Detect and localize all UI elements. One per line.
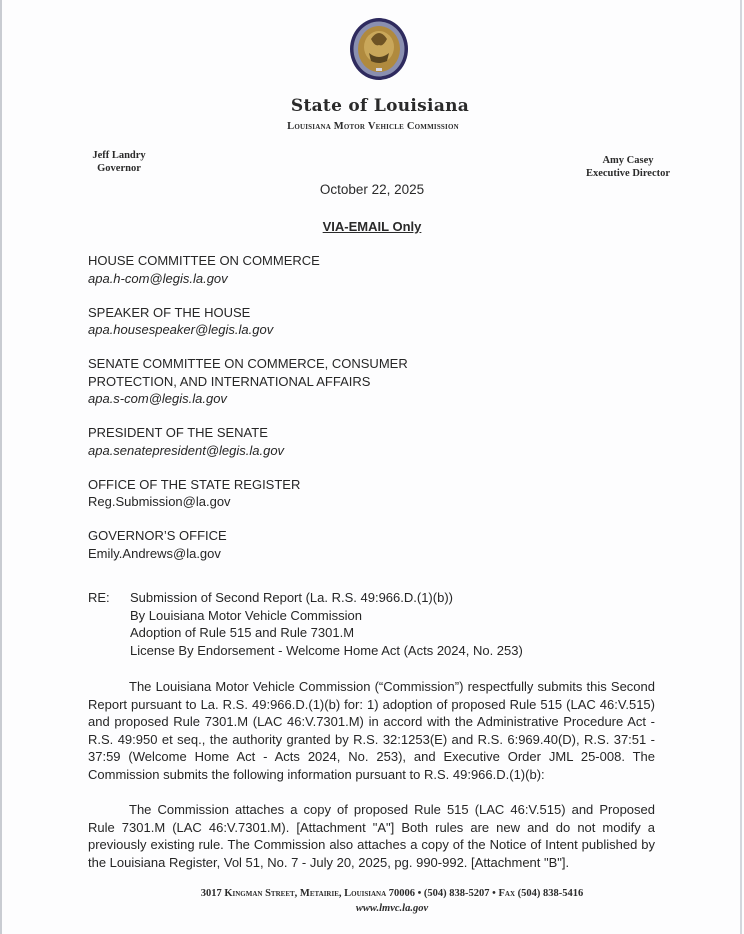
scan-edge-left — [0, 0, 2, 934]
body-paragraph-1: The Louisiana Motor Vehicle Commission (… — [88, 678, 655, 783]
recipient-email-link[interactable]: apa.senatepresident@legis.la.gov — [88, 442, 508, 460]
footer-website-link[interactable]: www.lmvc.la.gov — [0, 903, 744, 914]
delivery-method: VIA-EMAIL Only — [0, 219, 744, 234]
recipient-entry: GOVERNOR’S OFFICEEmily.Andrews@la.gov — [88, 527, 508, 562]
director-title: Executive Director — [578, 167, 678, 180]
recipient-email-link[interactable]: apa.s-com@legis.la.gov — [88, 390, 508, 408]
footer-address: 3017 Kingman Street, Metairie, Louisiana… — [0, 888, 744, 899]
director-block: Amy Casey Executive Director — [578, 154, 678, 180]
recipient-entry: SPEAKER OF THE HOUSEapa.housespeaker@leg… — [88, 304, 508, 339]
recipient-entry: SENATE COMMITTEE ON COMMERCE, CONSUMERPR… — [88, 355, 508, 408]
recipient-entry: PRESIDENT OF THE SENATEapa.senatepreside… — [88, 424, 508, 459]
governor-title: Governor — [82, 162, 156, 175]
re-line: By Louisiana Motor Vehicle Commission — [130, 607, 523, 625]
recipient-name: SENATE COMMITTEE ON COMMERCE, CONSUMER — [88, 355, 508, 373]
re-label: RE: — [88, 589, 110, 607]
paragraph-text: The Louisiana Motor Vehicle Commission (… — [88, 679, 655, 782]
recipient-email-link[interactable]: apa.h-com@legis.la.gov — [88, 270, 508, 288]
re-line: License By Endorsement - Welcome Home Ac… — [130, 642, 523, 660]
recipient-email-link[interactable]: Reg.Submission@la.gov — [88, 493, 508, 511]
recipient-list: HOUSE COMMITTEE ON COMMERCEapa.h-com@leg… — [88, 252, 508, 579]
director-name: Amy Casey — [578, 154, 678, 167]
recipient-name: PRESIDENT OF THE SENATE — [88, 424, 508, 442]
re-line: Adoption of Rule 515 and Rule 7301.M — [130, 624, 523, 642]
recipient-name: HOUSE COMMITTEE ON COMMERCE — [88, 252, 508, 270]
recipient-email-link[interactable]: apa.housespeaker@legis.la.gov — [88, 321, 508, 339]
governor-name: Jeff Landry — [82, 149, 156, 162]
re-lines: Submission of Second Report (La. R.S. 49… — [130, 589, 523, 659]
letter-date: October 22, 2025 — [0, 182, 744, 197]
state-seal-icon — [349, 17, 409, 81]
governor-block: Jeff Landry Governor — [82, 149, 156, 175]
recipient-name: PROTECTION, AND INTERNATIONAL AFFAIRS — [88, 373, 508, 391]
recipient-email-link[interactable]: Emily.Andrews@la.gov — [88, 545, 508, 563]
body-paragraph-2: The Commission attaches a copy of propos… — [88, 801, 655, 871]
recipient-entry: OFFICE OF THE STATE REGISTERReg.Submissi… — [88, 476, 508, 511]
recipient-name: SPEAKER OF THE HOUSE — [88, 304, 508, 322]
recipient-name: GOVERNOR’S OFFICE — [88, 527, 508, 545]
recipient-name: OFFICE OF THE STATE REGISTER — [88, 476, 508, 494]
state-title: State of Louisiana — [0, 96, 744, 116]
paragraph-text: The Commission attaches a copy of propos… — [88, 802, 655, 870]
scan-edge-right — [740, 0, 742, 934]
re-line: Submission of Second Report (La. R.S. 49… — [130, 589, 523, 607]
agency-name: Louisiana Motor Vehicle Commission — [0, 121, 744, 132]
recipient-entry: HOUSE COMMITTEE ON COMMERCEapa.h-com@leg… — [88, 252, 508, 287]
